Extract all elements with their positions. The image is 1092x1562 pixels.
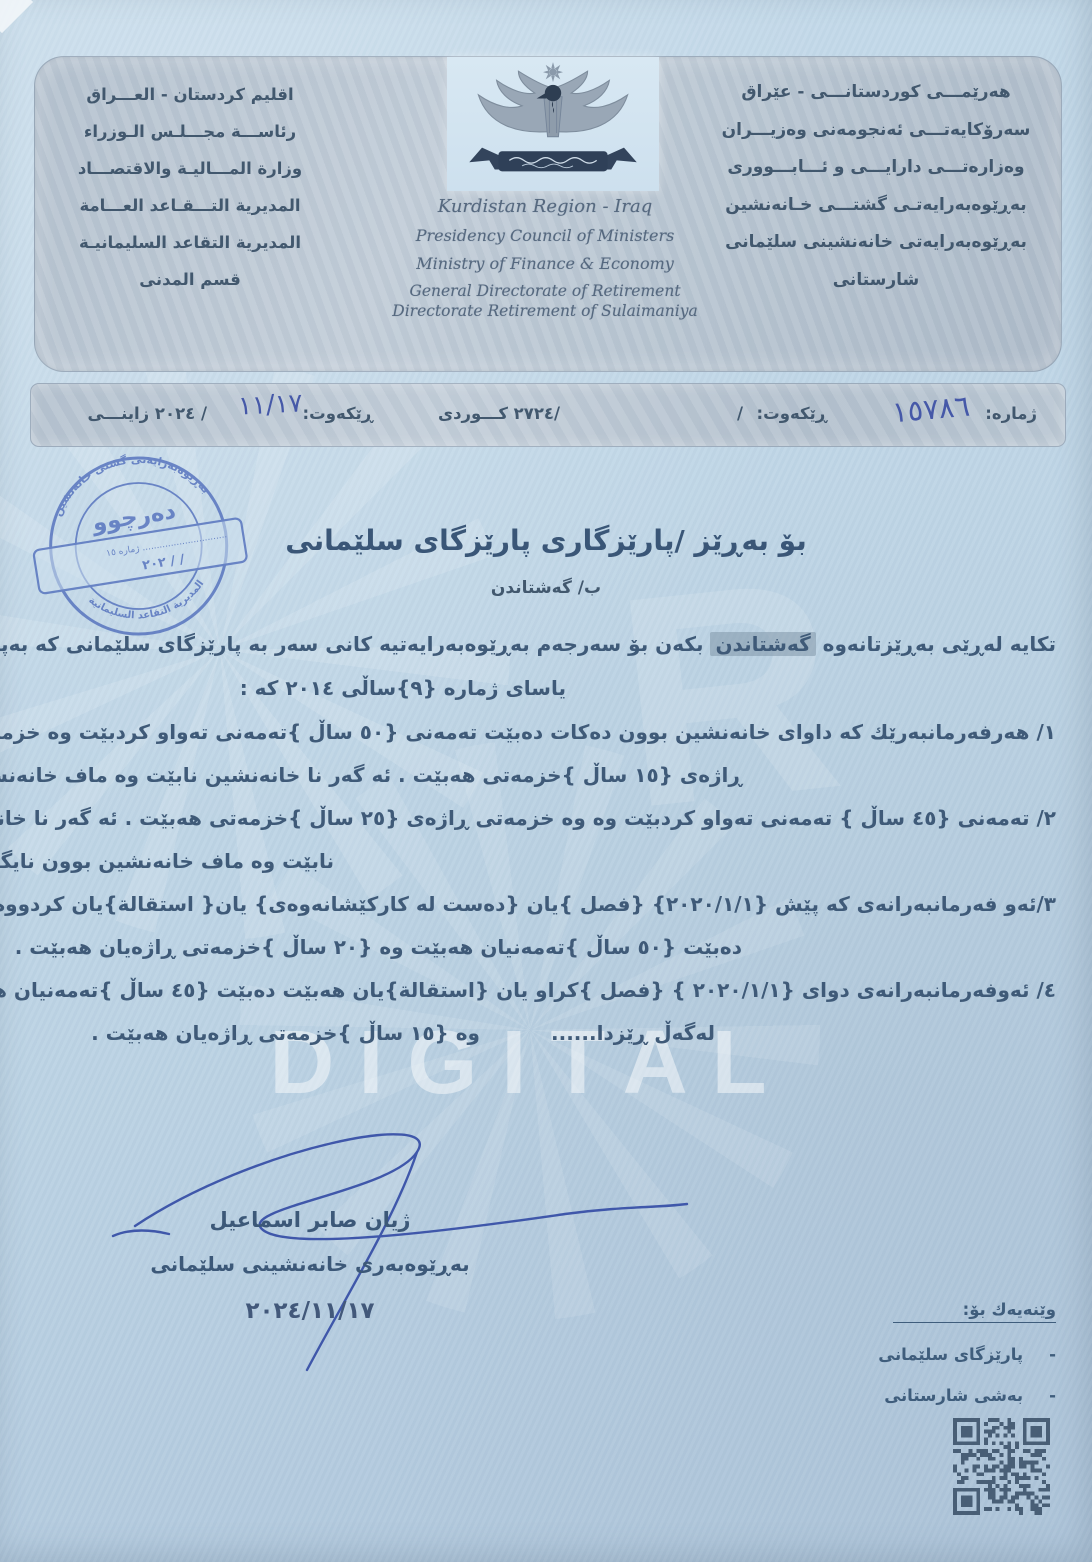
reference-number-handwritten: ١٥٧٨٦	[891, 389, 972, 430]
arabic-line: قسم المدنى	[45, 261, 335, 298]
item4-line2: وە {١٥ ساڵ }خزمەتی ڕاژەیان هەبێت .	[36, 1021, 480, 1045]
kurdish-line: هەرێمـــی کوردستانـــی - عێراق	[706, 74, 1046, 112]
item1-line1: ١/ هەرفەرمانبەرێك کە داوای خانەنشین بوون…	[36, 720, 1056, 744]
cc-item-label: پارێزگای سلێمانی	[878, 1345, 1023, 1364]
item2-line2: نابێت وە ماف خانەنشین بوون نایگرێتەوە .	[48, 849, 334, 873]
gregorian-day-month-handwritten: ١١/١٧	[238, 388, 304, 421]
dash-bullet: -	[1049, 1386, 1056, 1405]
signatory-title: بەڕێوەبەری خانەنشینی سلێمانی	[80, 1252, 540, 1276]
reference-number-label: ژمارە:	[985, 404, 1037, 423]
reference-bar: ژمارە: ١٥٧٨٦ ڕێکەوت: / /٢٧٢٤ کـــوردی ڕێ…	[30, 383, 1066, 447]
cc-item: -پارێزگای سلێمانی	[816, 1345, 1056, 1364]
item1-line2: ڕاژەی {١٥ ساڵ }خزمەتی هەبێت . ئە گەر نا …	[66, 763, 742, 787]
item4-line1: ٤/ ئەوفەرمانبەرانەی دوای {٢٠٢٠/١/١ } {فص…	[36, 978, 1056, 1002]
kurdish-date-slash: /	[737, 404, 743, 423]
letterhead-kurdish-block: هەرێمـــی کوردستانـــی - عێراق سەرۆکایەت…	[706, 74, 1046, 299]
qr-code	[953, 1418, 1050, 1515]
arabic-line: المديرية التـــقـاعد العـــامة	[45, 187, 335, 224]
signatory-name: ژیان صابر اسماعیل	[140, 1208, 480, 1232]
cc-item-label: بەشی شارستانی	[884, 1386, 1023, 1405]
letter-subject: ب/ گەشتاندن	[0, 578, 1092, 598]
paragraph1-line1: تکایە لەڕێی بەڕێزتانەوە گەشتاندن بکەن بۆ…	[36, 632, 1056, 656]
english-line: Ministry of Finance & Economy	[380, 254, 710, 273]
gregorian-year: / ٢٠٢٤ زاینـــی	[87, 404, 207, 423]
kurdish-line: شارستانی	[706, 262, 1046, 300]
closing-salutation: لەگەڵ ڕێزدا......	[528, 1021, 738, 1045]
paragraph1-text-before: تکایە لەڕێی بەڕێزتانەوە	[816, 632, 1056, 656]
item3-line2: دەبێت {٥٠ ساڵ }تەمەنیان هەبێت وە {٢٠ ساڵ…	[278, 935, 742, 959]
gregorian-date-label: ڕێکەوت:	[303, 404, 373, 423]
english-line: General Directorate of Retirement	[380, 282, 710, 300]
arabic-line: وزارة المـــاليـة والاقتصـــاد	[45, 150, 335, 187]
kurdish-line: وەزارەتـــی دارایـــی و ئـــابـــووری	[706, 149, 1046, 187]
paragraph1-line2: یاسای ژمارە {٩}ساڵی ٢٠١٤ کە :	[316, 676, 566, 700]
kurdish-year: /٢٧٢٤ کـــوردی	[438, 404, 560, 423]
letter-addressee: بۆ بەڕێز /پارێزگاری پارێزگای سلێمانی	[0, 524, 1092, 557]
english-line: Presidency Council of Ministers	[380, 226, 710, 245]
highlighted-word: گەشتاندن	[710, 632, 815, 656]
kurdish-line: سەرۆکایەتـــی ئەنجومەنی وەزیـــران	[706, 112, 1046, 150]
kurdistan-emblem-icon	[462, 60, 644, 188]
arabic-line: رئاســـة مجـــلـس الـوزراء	[45, 113, 335, 150]
document-page: R DIGITAL اقليم كردستان - العـــراق رئاس…	[0, 0, 1092, 1562]
arabic-line: المديرية التقاعد السليمانيـة	[45, 224, 335, 261]
kurdish-line: بەڕێوەبەرایەتـی گشتـــی خـانەنشین	[706, 187, 1046, 225]
dash-bullet: -	[1049, 1345, 1056, 1364]
item3-line1: ٣/ئەو فەرمانبەرانەی کە پێش {٢٠٢٠/١/١} {ف…	[36, 892, 1056, 916]
kurdish-line: بەڕێوەبەرایەتی خانەنشینی سلێمانی	[706, 224, 1046, 262]
english-line: Kurdistan Region - Iraq	[380, 196, 710, 217]
paragraph1-text-after: بکەن بۆ سەرجەم بەڕێوەبەرایەتیە کانی سەر …	[0, 632, 710, 656]
item2-line1: ٢/ تەمەنی {٤٥ ساڵ } تەمەنی تەواو کردبێت …	[36, 806, 1056, 830]
english-line: Directorate Retirement of Sulaimaniya	[380, 302, 710, 320]
letterhead-english-block: Kurdistan Region - Iraq Presidency Counc…	[380, 196, 710, 329]
kurdish-date-label: ڕێکەوت:	[757, 404, 827, 423]
signature-date: ٢٠٢٤/١١/١٧	[140, 1298, 480, 1324]
cc-block: وێنەیەك بۆ: -پارێزگای سلێمانی -بەشی شارس…	[816, 1300, 1056, 1405]
arabic-line: اقليم كردستان - العـــراق	[45, 76, 335, 113]
cc-item: -بەشی شارستانی	[816, 1386, 1056, 1405]
cc-heading: وێنەیەك بۆ:	[893, 1300, 1056, 1323]
scan-corner-artifact	[0, 0, 33, 33]
letterhead-arabic-block: اقليم كردستان - العـــراق رئاســـة مجـــ…	[45, 76, 335, 298]
